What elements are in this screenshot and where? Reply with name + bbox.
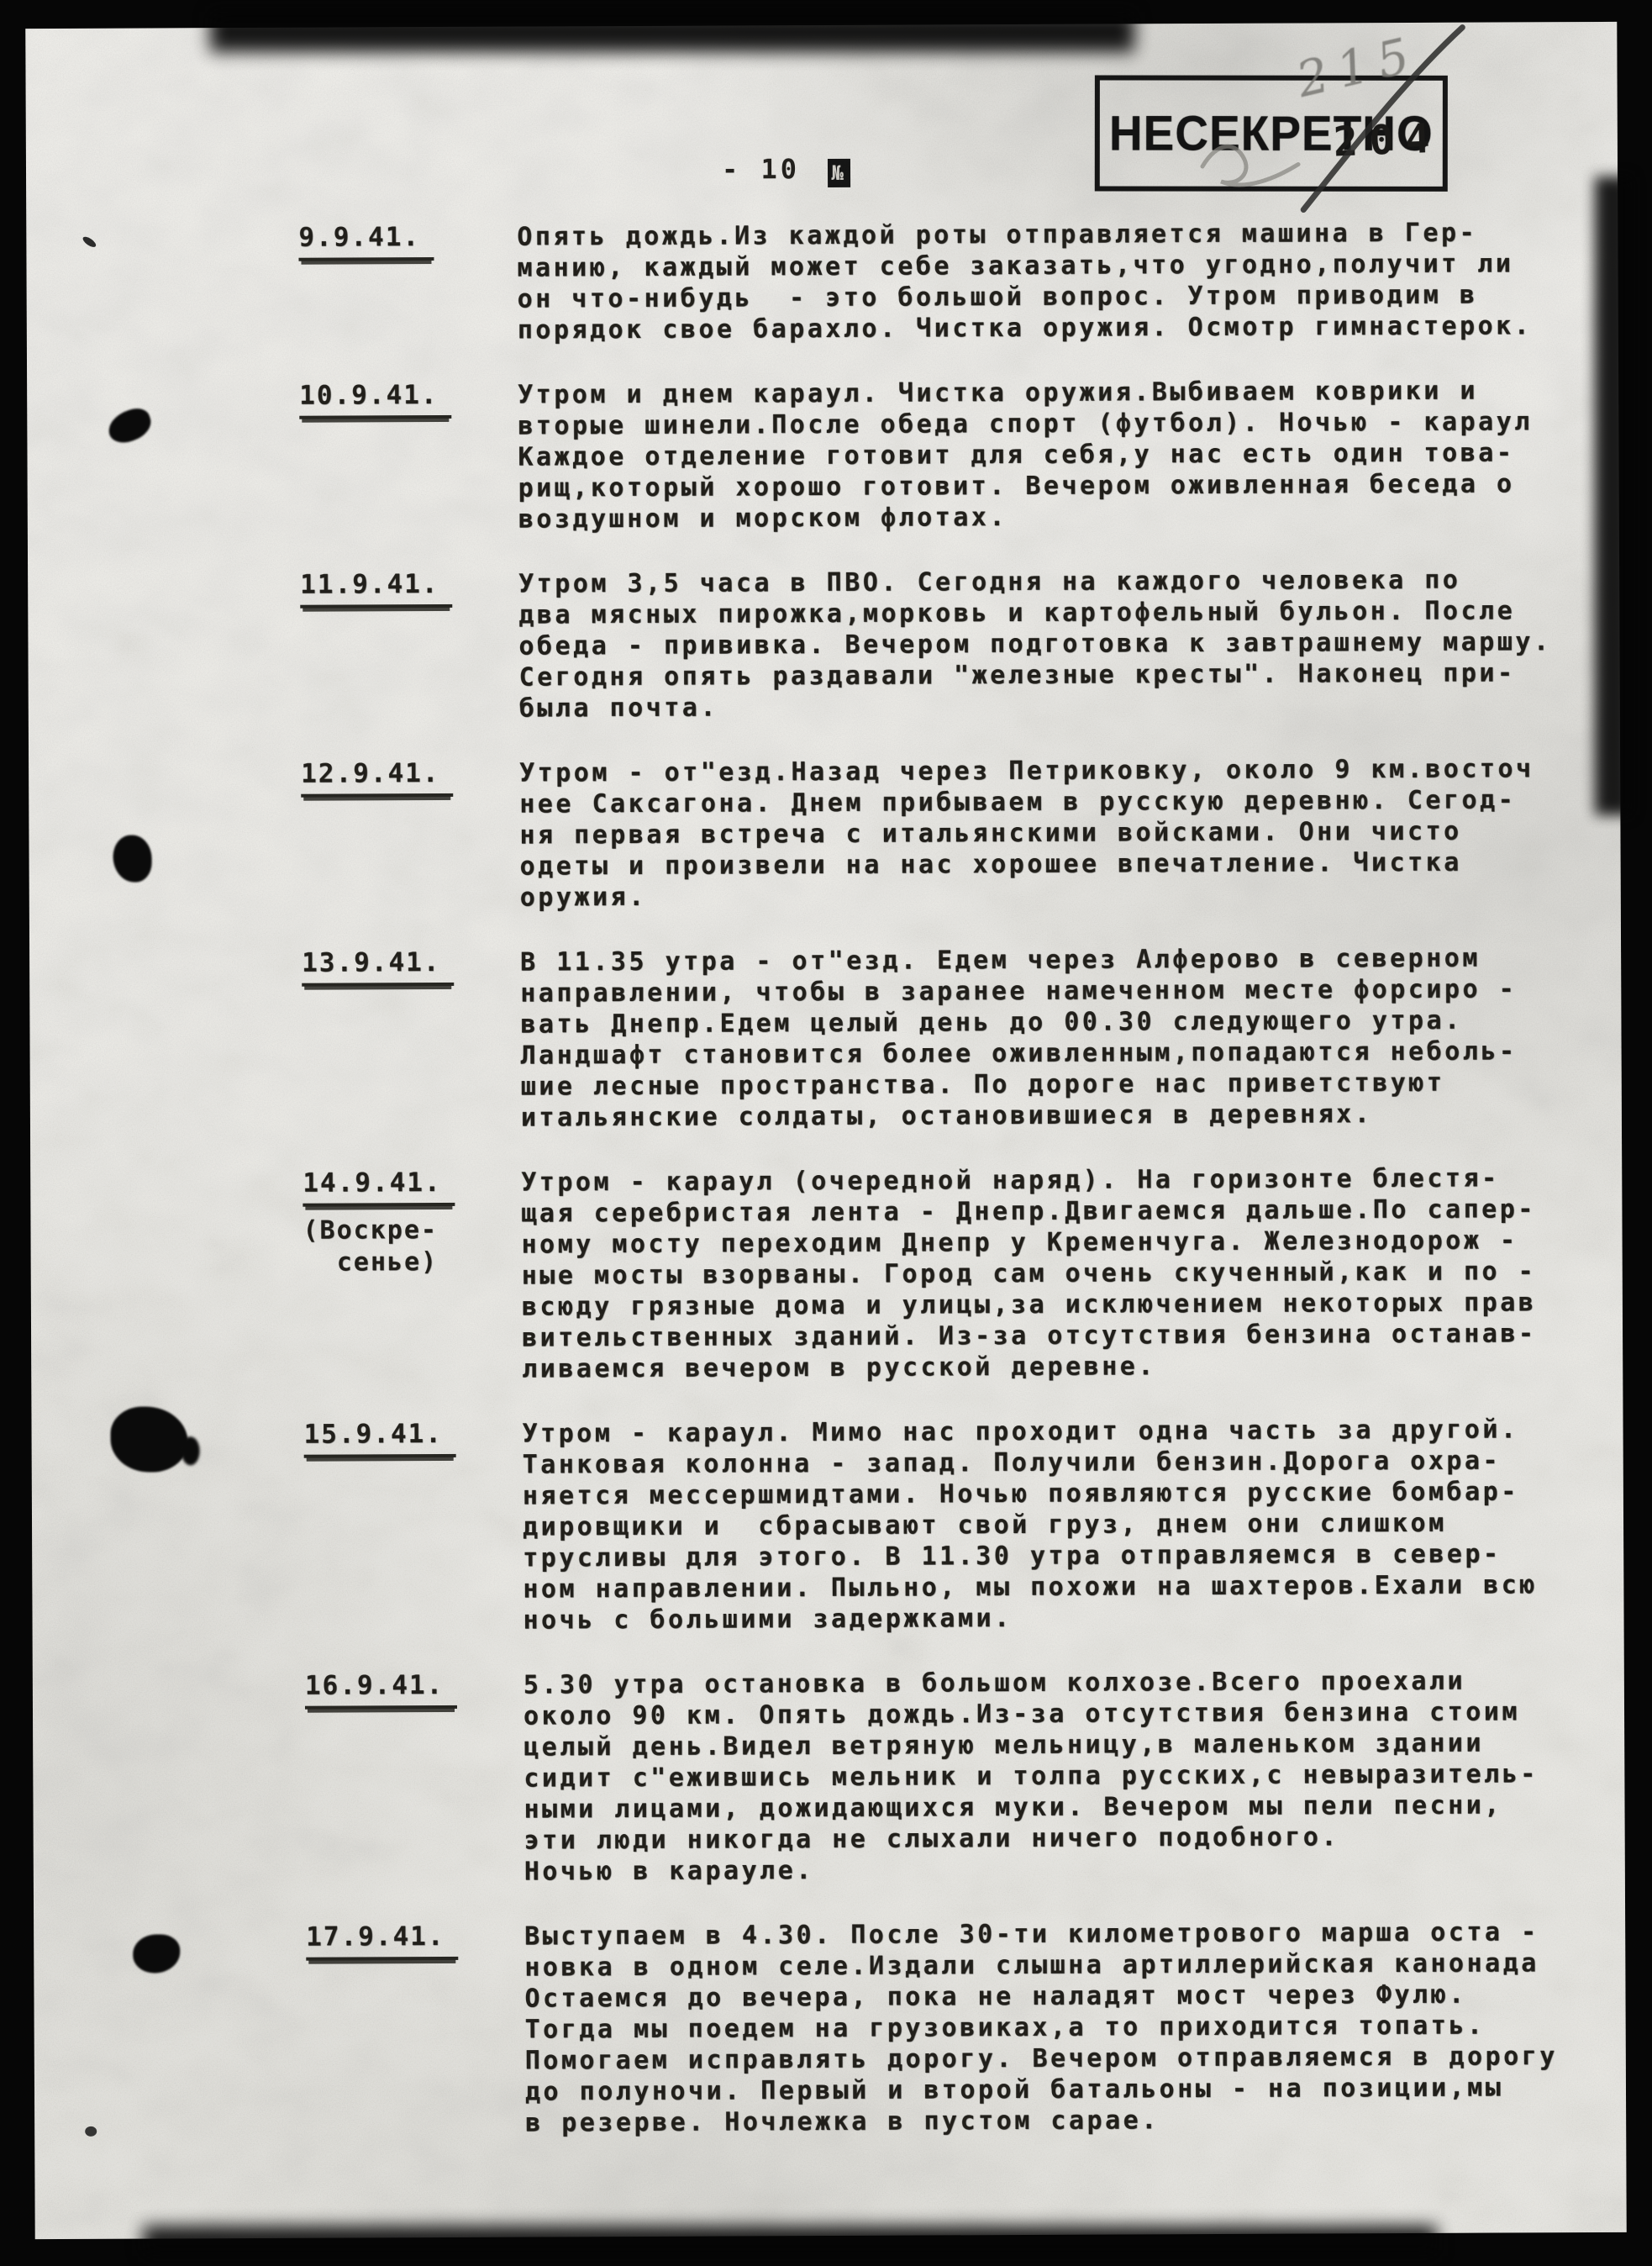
entry-date-note bbox=[299, 427, 518, 428]
entry-date-note: (Воскре- сенье) bbox=[303, 1215, 521, 1279]
diary-entries: 9.9.41. Опять дождь.Из каждой роты отпра… bbox=[298, 217, 1618, 2174]
entry-date-column: 10.9.41. bbox=[299, 380, 518, 536]
entry-date: 17.9.41. bbox=[306, 1921, 459, 1961]
entry-text: Утром и днем караул. Чистка оружия.Выбив… bbox=[518, 375, 1611, 535]
entry-date-column: 14.9.41. (Воскре- сенье) bbox=[303, 1167, 522, 1386]
entry-date-column: 12.9.41. bbox=[301, 758, 520, 914]
entry-date-note bbox=[306, 1968, 524, 1969]
entry-date-column: 16.9.41. bbox=[305, 1670, 524, 1889]
entry-date-column: 17.9.41. bbox=[306, 1921, 525, 2140]
entry-date: 10.9.41. bbox=[299, 380, 452, 419]
entry-date-note bbox=[304, 1466, 523, 1467]
ink-speck bbox=[82, 235, 97, 249]
entry-date-note bbox=[299, 269, 518, 270]
entry-text: Выступаем в 4.30. После 30-ти километров… bbox=[524, 1916, 1618, 2139]
entry-text: Утром - караул (очередной наряд). На гор… bbox=[521, 1162, 1614, 1385]
page-number: - 10 № bbox=[722, 153, 850, 187]
diary-entry: 15.9.41. Утром - караул. Мимо нас проход… bbox=[303, 1414, 1615, 1637]
entry-date-column: 13.9.41. bbox=[302, 947, 521, 1135]
entry-date-column: 11.9.41. bbox=[300, 569, 519, 725]
entry-text: Утром - от"езд.Назад через Петриковку, о… bbox=[519, 753, 1613, 914]
entry-text: Утром - караул. Мимо нас проходит одна ч… bbox=[522, 1414, 1615, 1636]
overstruck-character: № bbox=[828, 159, 850, 187]
diary-entry: 14.9.41. (Воскре- сенье) Утром - караул … bbox=[303, 1162, 1614, 1386]
entry-date: 14.9.41. bbox=[303, 1167, 455, 1207]
entry-date-note bbox=[305, 1717, 523, 1718]
entry-date-column: 9.9.41. bbox=[298, 222, 518, 347]
ink-blob bbox=[104, 404, 155, 446]
page-number-text: - 10 bbox=[722, 153, 800, 185]
diary-entry: 9.9.41. Опять дождь.Из каждой роты отпра… bbox=[298, 217, 1610, 347]
diary-entry: 17.9.41. Выступаем в 4.30. После 30-ти к… bbox=[306, 1916, 1618, 2140]
typed-page-number: 204 bbox=[1333, 115, 1443, 166]
diary-entry: 10.9.41. Утром и днем караул. Чистка ору… bbox=[299, 375, 1611, 536]
entry-date-column: 15.9.41. bbox=[303, 1419, 523, 1637]
entry-text: Опять дождь.Из каждой роты отправляется … bbox=[517, 217, 1610, 346]
entry-date: 9.9.41. bbox=[298, 222, 434, 261]
ink-speck bbox=[85, 2126, 97, 2137]
paper: - 10 № НЕСЕКРЕТНО 204 215 9.9.41. Опять … bbox=[25, 22, 1626, 2239]
diary-entry: 11.9.41. Утром 3,5 часа в ПВО. Сегодня н… bbox=[300, 564, 1612, 725]
diary-entry: 13.9.41. В 11.35 утра - от"езд. Едем чер… bbox=[302, 942, 1613, 1135]
scanned-page: - 10 № НЕСЕКРЕТНО 204 215 9.9.41. Опять … bbox=[0, 0, 1652, 2266]
ink-blob bbox=[182, 1436, 200, 1465]
entry-date: 15.9.41. bbox=[303, 1419, 456, 1458]
entry-date-note bbox=[300, 616, 518, 617]
entry-date: 12.9.41. bbox=[301, 758, 454, 798]
entry-date: 11.9.41. bbox=[300, 569, 453, 609]
entry-text: 5.30 утра остановка в большом колхозе.Вс… bbox=[523, 1665, 1617, 1888]
ink-blob bbox=[133, 1934, 180, 1973]
entry-date: 16.9.41. bbox=[305, 1670, 458, 1710]
entry-date-note bbox=[301, 805, 519, 806]
diary-entry: 12.9.41. Утром - от"езд.Назад через Петр… bbox=[301, 753, 1613, 914]
entry-text: В 11.35 утра - от"езд. Едем через Алферо… bbox=[520, 942, 1613, 1134]
entry-date-note bbox=[302, 994, 520, 995]
entry-date: 13.9.41. bbox=[302, 947, 455, 987]
ink-blob bbox=[110, 1406, 187, 1472]
entry-text: Утром 3,5 часа в ПВО. Сегодня на каждого… bbox=[518, 564, 1612, 725]
diary-entry: 16.9.41. 5.30 утра остановка в большом к… bbox=[305, 1665, 1617, 1889]
ink-blob bbox=[113, 835, 151, 882]
